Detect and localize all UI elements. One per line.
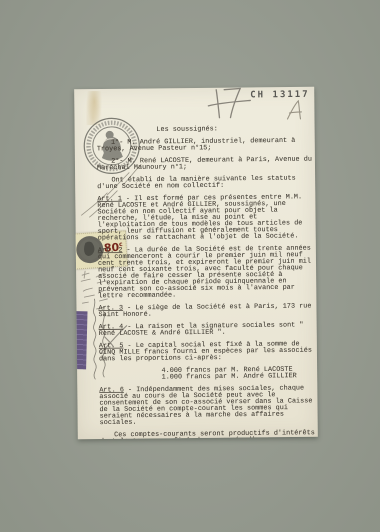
- document-paragraph-article-1: Art. 1 - Il est formé par ces présentes …: [97, 194, 313, 242]
- article-text: - Il est formé par ces présentes entre M…: [97, 193, 302, 242]
- document-page: CH 13117: [74, 87, 318, 439]
- purple-date-stamp: [75, 311, 87, 369]
- paper-stain: [86, 91, 102, 125]
- article-text: - La raison et la signature sociales son…: [99, 321, 304, 337]
- document-paragraph-article-2: Art. 2 - La durée de la Société est de t…: [98, 245, 314, 299]
- document-paragraph-article-4: Art. 4 - La raison et la signature socia…: [99, 322, 315, 337]
- control-number-stamp: CH 13117: [250, 90, 312, 104]
- document-paragraph: 1°- M. André GILLIER, industriel, demeur…: [97, 137, 313, 152]
- article-text: - La durée de la Société est de trente a…: [98, 244, 311, 300]
- preamble: Ont établi de la manière suivante les st…: [97, 174, 296, 190]
- document-paragraph-article-5: Art. 5 - Le capital social est fixé à la…: [99, 341, 315, 363]
- document-paragraph: Ont établi de la manière suivante les st…: [97, 175, 313, 190]
- party-1: 1°- M. André GILLIER, industriel, demeur…: [97, 137, 296, 153]
- capital-line: 1.000 francs par M. André GILLIER: [162, 372, 315, 380]
- capital-contribution-lines: 4.000 francs par M. René LACOSTE 1.000 f…: [161, 366, 315, 381]
- article-text: - Le siège de la Société est à Paris, 17…: [98, 302, 311, 319]
- document-paragraph: 2°- M. René LACOSTE, demeurant à Paris, …: [97, 156, 313, 171]
- document-paragraph: Ces comptes-courants seront productifs d…: [100, 430, 316, 440]
- closing-text: Ces comptes-courants seront productifs d…: [100, 429, 315, 439]
- document-paragraph-article-6: Art. 6 - Indépendamment des mises social…: [99, 385, 315, 426]
- handwritten-number-17: [206, 87, 252, 122]
- article-text: - Indépendamment des mises sociales, cha…: [99, 384, 312, 426]
- typed-text-block: Les soussignés: 1°- M. André GILLIER, in…: [97, 125, 316, 439]
- photo-background: CH 13117: [0, 0, 380, 532]
- intro-line: Les soussignés:: [156, 125, 218, 133]
- article-text: - Le capital social est fixé à la somme …: [99, 340, 312, 363]
- document-paragraph-article-3: Art. 3 - Le siège de la Société est à Pa…: [98, 303, 314, 318]
- party-2: 2°- M. René LACOSTE, demeurant à Paris, …: [97, 155, 312, 172]
- document-paragraph: Les soussignés:: [97, 125, 313, 134]
